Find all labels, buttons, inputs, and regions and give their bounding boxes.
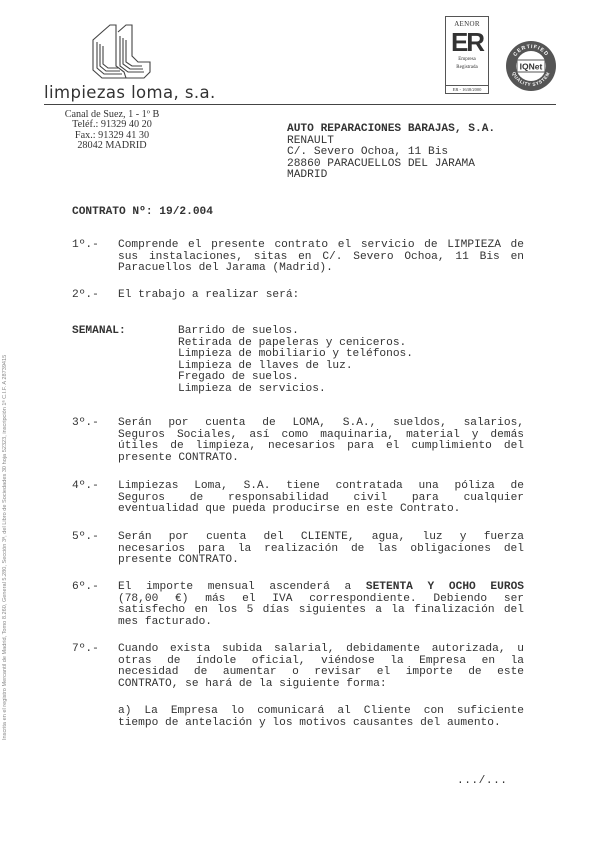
clause-line: Limpiezas Loma, S.A. tiene contratada un… — [118, 481, 524, 493]
contract-page: limpiezas loma, s.a. AENOR ER Empresa Re… — [0, 0, 595, 841]
recipient-line: MADRID — [287, 170, 495, 182]
continuation-mark: .../... — [457, 776, 508, 788]
clause-number: 6º.- — [72, 582, 118, 594]
subclause-a: a) La Empresa lo comunicará al Cliente c… — [72, 706, 524, 729]
clause-line: presente CONTRATO. — [118, 555, 524, 567]
clause-line: CONTRATO, se hará de la siguiente forma: — [118, 679, 524, 691]
clause-line: El trabajo a realizar será: — [118, 290, 524, 302]
clause-line: Serán por cuenta de LOMA, S.A., sueldos,… — [118, 418, 524, 430]
schedule-label: SEMANAL: — [72, 326, 126, 338]
sender-city: 28042 MADRID — [62, 141, 162, 151]
clause-line: Paracuellos del Jarama (Madrid). — [118, 263, 524, 275]
clause-number: 2º.- — [72, 290, 118, 302]
registry-note: Inscrita en el registro Mercantil de Mad… — [2, 290, 8, 740]
clause-6: 6º.- El importe mensual ascenderá a SETE… — [72, 582, 524, 628]
clause-line: tiempo de antelación y los motivos causa… — [118, 718, 524, 730]
clause-5: 5º.- Serán por cuenta del CLIENTE, agua,… — [72, 532, 524, 567]
company-name: limpiezas loma, s.a. — [44, 83, 216, 102]
clause-number: 3º.- — [72, 418, 118, 430]
amount-intro: El importe mensual ascenderá a — [118, 581, 366, 593]
aenor-caption-1: Empresa — [446, 57, 488, 63]
clause-1: 1º.- Comprende el presente contrato el s… — [72, 240, 524, 275]
clause-line: Cuando exista subida salarial, debidamen… — [118, 644, 524, 656]
aenor-code: ER - 1638/2000 — [446, 85, 488, 93]
clause-line: mes facturado. — [118, 617, 524, 629]
clause-line: presente CONTRATO. — [118, 453, 524, 465]
schedule-task: Barrido de suelos. — [178, 326, 413, 338]
clause-3: 3º.- Serán por cuenta de LOMA, S.A., sue… — [72, 418, 524, 464]
clause-line: Serán por cuenta del CLIENTE, agua, luz … — [118, 532, 524, 544]
clause-line: eventualidad que pueda producirse en est… — [118, 504, 524, 516]
company-logo-icon — [88, 22, 154, 84]
schedule-task-list: Barrido de suelos. Retirada de papeleras… — [178, 326, 413, 396]
clause-7: 7º.- Cuando exista subida salarial, debi… — [72, 644, 524, 690]
clause-line-amount: El importe mensual ascenderá a SETENTA Y… — [118, 582, 524, 594]
svg-text:IQNet: IQNet — [520, 62, 543, 72]
clause-2: 2º.- El trabajo a realizar será: — [72, 290, 524, 302]
clause-4: 4º.- Limpiezas Loma, S.A. tiene contrata… — [72, 481, 524, 516]
header-divider — [44, 104, 556, 105]
clause-line: Comprende el presente contrato el servic… — [118, 240, 524, 252]
clause-number: 1º.- — [72, 240, 118, 252]
aenor-caption-2: Registrada — [446, 65, 488, 71]
recipient-address: AUTO REPARACIONES BARAJAS, S.A. RENAULT … — [287, 124, 495, 182]
clause-number: 7º.- — [72, 644, 118, 656]
amount-in-words: SETENTA Y OCHO EUROS — [366, 581, 524, 593]
clause-number: 5º.- — [72, 532, 118, 544]
schedule-task: Limpieza de servicios. — [178, 384, 413, 396]
clause-line: a) La Empresa lo comunicará al Cliente c… — [118, 706, 524, 718]
sender-address: Canal de Suez, 1 - 1º B Teléf.: 91329 40… — [62, 110, 162, 152]
clause-number: 4º.- — [72, 481, 118, 493]
iqnet-certification-icon: IQNet CERTIFIED QUALITY SYSTEM — [505, 40, 557, 92]
aenor-certification-badge: AENOR ER Empresa Registrada ER - 1638/20… — [445, 16, 489, 94]
er-mark-icon: ER — [446, 29, 488, 55]
recipient-name: AUTO REPARACIONES BARAJAS, S.A. — [287, 124, 495, 136]
contract-number: CONTRATO Nº: 19/2.004 — [72, 207, 213, 219]
